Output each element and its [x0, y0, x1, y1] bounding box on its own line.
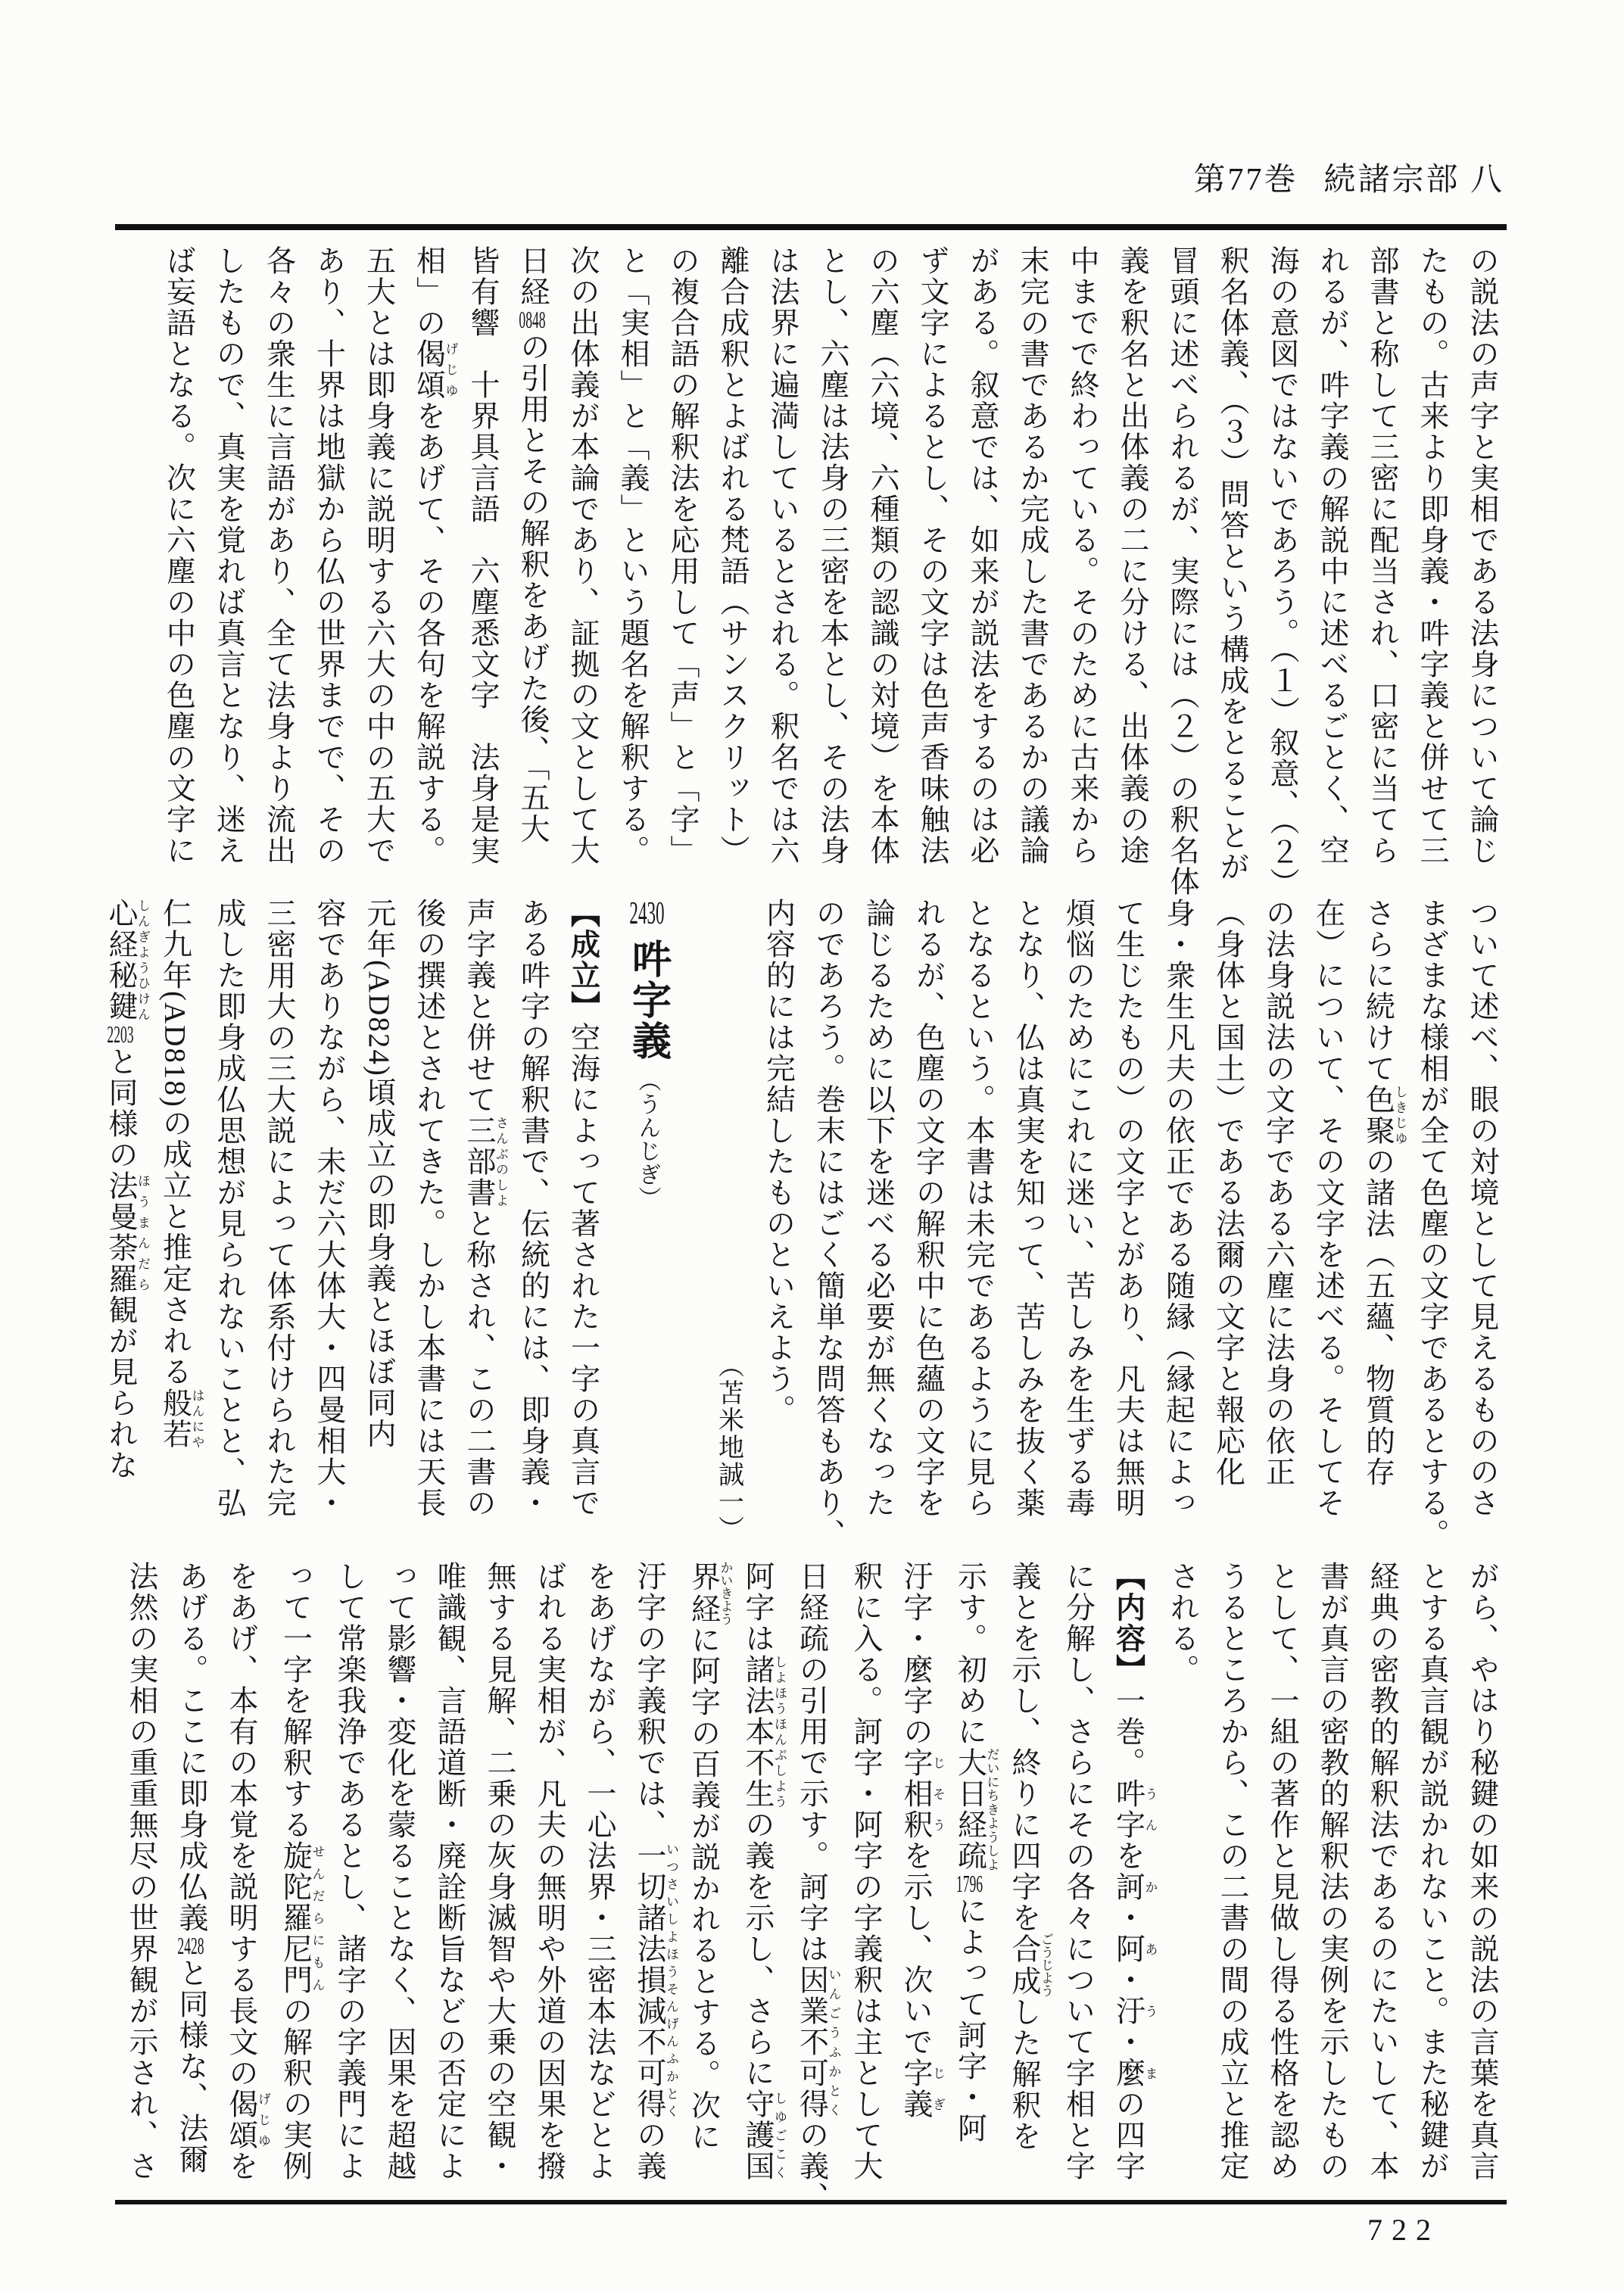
text-column: れるが、吽字義の解説中に述べるごとく、空	[1307, 245, 1357, 885]
text-column: される。	[1157, 1561, 1207, 2201]
text-column: のであろう。巻末にはごく簡単な問答もあり、	[803, 898, 853, 1543]
text-column: の説法の声字と実相である法身について論じ	[1457, 245, 1507, 885]
text-column: 身・衆生凡夫の依正である随縁（縁起によっ	[1153, 898, 1203, 1543]
text-column: ず文字によるとし、その文字は色声香味触法	[907, 245, 957, 885]
text-column: 経典の密教的解釈法であるのにたいして、本	[1357, 1561, 1407, 2201]
text-column: の複合語の解釈法を応用して「声」と「字」	[657, 245, 707, 885]
text-column: って影響・変化を蒙ることなく、因果を超越	[374, 1561, 424, 2201]
text-column: として、一組の著作と見做し得る性格を認め	[1257, 1561, 1307, 2201]
reference-number: 1796	[956, 1871, 983, 1896]
text-column: 五大とは即身義に説明する六大の中の五大で	[354, 245, 404, 885]
attribution-column: （苫米地誠一）	[703, 898, 753, 1543]
text-column: ついて述べ、眼の対境として見えるもののさ	[1457, 898, 1507, 1543]
text-column: をあげながら、一心法界・三密本法などとよ	[574, 1561, 624, 2201]
text-column: に分解し、さらにその各々について字相と字	[1053, 1561, 1103, 2201]
text-column: ある吽字の解釈書で、伝統的には、即身義・	[508, 898, 558, 1543]
text-column: ばれる実相が、凡夫の無明や外道の因果を撥	[524, 1561, 574, 2201]
text-column: 成した即身成仏思想が見られないことと、弘	[204, 898, 254, 1543]
text-column: 海の意図ではないであろう。（１）叙意、（２）	[1257, 245, 1307, 885]
text-column: 内容的には完結したものといえよう。	[753, 898, 803, 1543]
section-marker: 【内容】	[1112, 1561, 1145, 1685]
text-column: 後の撰述とされてきた。しかし本書には天長	[404, 898, 454, 1543]
text-column: 唯識観、言語道断・廃詮断旨などの否定によ	[424, 1561, 474, 2201]
text-column: 汙字・麼字の字相釈じそうを示し、次いで字義じぎ	[890, 1561, 945, 2201]
text-column: の六塵（六境、六種類の認識の対境）を本体	[857, 245, 907, 885]
text-column: 末完の書であるか完成した書であるかの議論	[1007, 245, 1057, 885]
text-column: って一字を解釈する旋陀羅尼門せんだらにもんの解釈の実例	[270, 1561, 325, 2201]
text-column: 【内容】一巻。吽字うんを訶か・阿あ・汙う・麼まの四字	[1103, 1561, 1158, 2201]
page-number: 722	[1367, 2212, 1440, 2248]
text-column: さらに続けて色聚しきじゆの諸法（五蘊、物質的存	[1353, 898, 1407, 1543]
text-column: 論じるために以下を迷べる必要が無くなった	[853, 898, 903, 1543]
text-column: とし、六塵は法身の三密を本とし、その法身	[807, 245, 857, 885]
text-column: 書が真言の密教的解釈法の実例を示したもの	[1307, 1561, 1357, 2201]
entry-title: 吽字義	[626, 939, 669, 1061]
text-column: 各々の衆生に言語があり、全て法身より流出	[254, 245, 304, 885]
text-column: 義とを示し、終りに四字を合成ごうじようした解釈を	[999, 1561, 1053, 2201]
reference-number: 2428	[177, 1933, 204, 1958]
text-column: ば妄語となる。次に六塵の中の色塵の文字に	[154, 245, 204, 885]
text-column: 中までで終わっている。そのために古来から	[1057, 245, 1107, 885]
text-band-bottom: がら、やはり秘鍵の如来の説法の言葉を真言とする真言観が説かれないこと。また秘鍵が…	[115, 1561, 1507, 2201]
text-column: は法界に遍満しているとされる。釈名では六	[757, 245, 807, 885]
text-column: 界経かいきように阿字の百義が説かれるとする。次に	[678, 1561, 733, 2201]
section-label: 続諸宗部 八	[1323, 163, 1504, 198]
text-column: の法身説法の文字である六塵に法身の依正	[1253, 898, 1303, 1543]
section-marker: 【成立】	[567, 898, 600, 1022]
text-column: がら、やはり秘鍵の如来の説法の言葉を真言	[1457, 1561, 1507, 2201]
page-header: 第77巻続諸宗部 八	[1193, 154, 1504, 200]
reference-number: 2203	[107, 1022, 134, 1046]
text-column: 容でありながら、未だ六大体大・四曼相大・	[304, 898, 354, 1543]
text-column: をあげ、本有の本覚を説明する長文の偈頌げじゆを	[216, 1561, 270, 2201]
entry-reading: （うんじぎ）	[635, 1069, 660, 1210]
entry-heading: 2430吽字義（うんじぎ）	[614, 898, 681, 1543]
text-column: 在）について、その文字を述べる。そしてそ	[1303, 898, 1353, 1543]
text-column: したもので、真実を覚れば真言となり、迷え	[204, 245, 254, 885]
text-column: 相」の偈頌げじゆをあげて、その各句を解説する。	[404, 245, 458, 885]
text-column: たもの。古来より即身義・吽字義と併せて三	[1407, 245, 1457, 885]
text-column: 無する見解、二乗の灰身滅智や大乗の空観・	[474, 1561, 524, 2201]
text-column: まざまな様相が全て色塵の文字であるとする。	[1407, 898, 1457, 1543]
text-column: （身体と国土）である法爾の文字と報応化	[1203, 898, 1253, 1543]
text-column: あり、十界は地獄から仏の世界までで、その	[304, 245, 354, 885]
text-column: とする真言観が説かれないこと。また秘鍵が	[1407, 1561, 1457, 2201]
text-column: 汙字の字義釈では、一切諸法損減不可得いつさいしよほうそんげんふかとくの義	[624, 1561, 678, 2201]
text-column: 日経疏の引用で示す。訶字は因業不可得いんごうふかとくの義、	[787, 1561, 841, 2201]
text-column: 義を釈名と出体義の二に分ける、出体義の途	[1107, 245, 1157, 885]
header-rule	[115, 224, 1507, 230]
text-column: 元年(AD824)頃成立の即身義とほぼ同内	[354, 898, 404, 1543]
text-column: がある。叙意では、如来が説法をするのは必	[957, 245, 1007, 885]
text-column: 【成立】空海によって著された一字の真言で	[558, 898, 608, 1543]
text-column: 示す。初めに大日経疏だいにちきようしよ1796によって訶字・阿	[945, 1561, 999, 2201]
scanned-dictionary-page: 第77巻続諸宗部 八 の説法の声字と実相である法身について論じたもの。古来より即…	[0, 0, 1624, 2293]
text-column: 離合成釈とよばれる梵語（サンスクリット）	[707, 245, 757, 885]
text-column: 阿字は諸法本不生しよほうほんぷしようの義を示し、さらに守護国しゆごこく	[732, 1561, 787, 2201]
text-column: れるが、色塵の文字の解釈中に色蘊の文字を	[903, 898, 953, 1543]
text-column: 煩悩のためにこれに迷い、苦しみを生ずる毒	[1053, 898, 1103, 1543]
text-column: して常楽我浄であるとし、諸字の字義門によ	[324, 1561, 374, 2201]
text-column: となり、仏は真実を知って、苦しみを抜く薬	[1003, 898, 1053, 1543]
text-column: 部書と称して三密に配当され、口密に当てら	[1357, 245, 1407, 885]
text-column: となるという。本書は未完であるように見ら	[953, 898, 1003, 1543]
text-column: 声字義と併せて三部書さんぶのしよと称され、この二書の	[454, 898, 508, 1543]
text-band-middle: ついて述べ、眼の対境として見えるもののさまざまな様相が全て色塵の文字であるとする…	[115, 898, 1507, 1543]
text-column: 法然の実相の重重無尽の世界観が示され、さ	[116, 1561, 166, 2201]
text-column: 次の出体義が本論であり、証拠の文として大	[557, 245, 607, 885]
text-column: あげる。ここに即身成仏義2428と同様な、法爾	[166, 1561, 216, 2201]
text-column: 心経秘鍵しんぎようひけん2203と同様の法曼荼羅ほうまんだら観が見られな	[95, 898, 150, 1543]
text-column: 釈名体義、（３）問答という構成をとることが	[1207, 245, 1257, 885]
text-column: 仁九年(AD818)の成立と推定される般若はんにや	[150, 898, 204, 1543]
text-column: て生じたもの）の文字とがあり、凡夫は無明	[1103, 898, 1153, 1543]
text-band-top: の説法の声字と実相である法身について論じたもの。古来より即身義・吽字義と併せて三…	[115, 245, 1507, 885]
text-column: 冒頭に述べられるが、実際には（２）の釈名体	[1157, 245, 1207, 885]
text-column: 日経0848の引用とその解釈をあげた後、「五大	[507, 245, 557, 885]
text-column: 三密用大の三大説によって体系付けられた完	[254, 898, 304, 1543]
text-column: と「実相」と「義」という題名を解釈する。	[607, 245, 657, 885]
entry-number: 2430	[630, 898, 665, 930]
footer-rule	[115, 2200, 1507, 2204]
volume-label: 第77巻	[1193, 163, 1298, 198]
reference-number: 0848	[519, 307, 546, 332]
text-column: 釈に入る。訶字・阿字の字義釈は主として大	[840, 1561, 890, 2201]
text-column: 皆有響 十界具言語 六塵悉文字 法身是実	[457, 245, 507, 885]
text-column: うるところから、この二書の間の成立と推定	[1207, 1561, 1257, 2201]
